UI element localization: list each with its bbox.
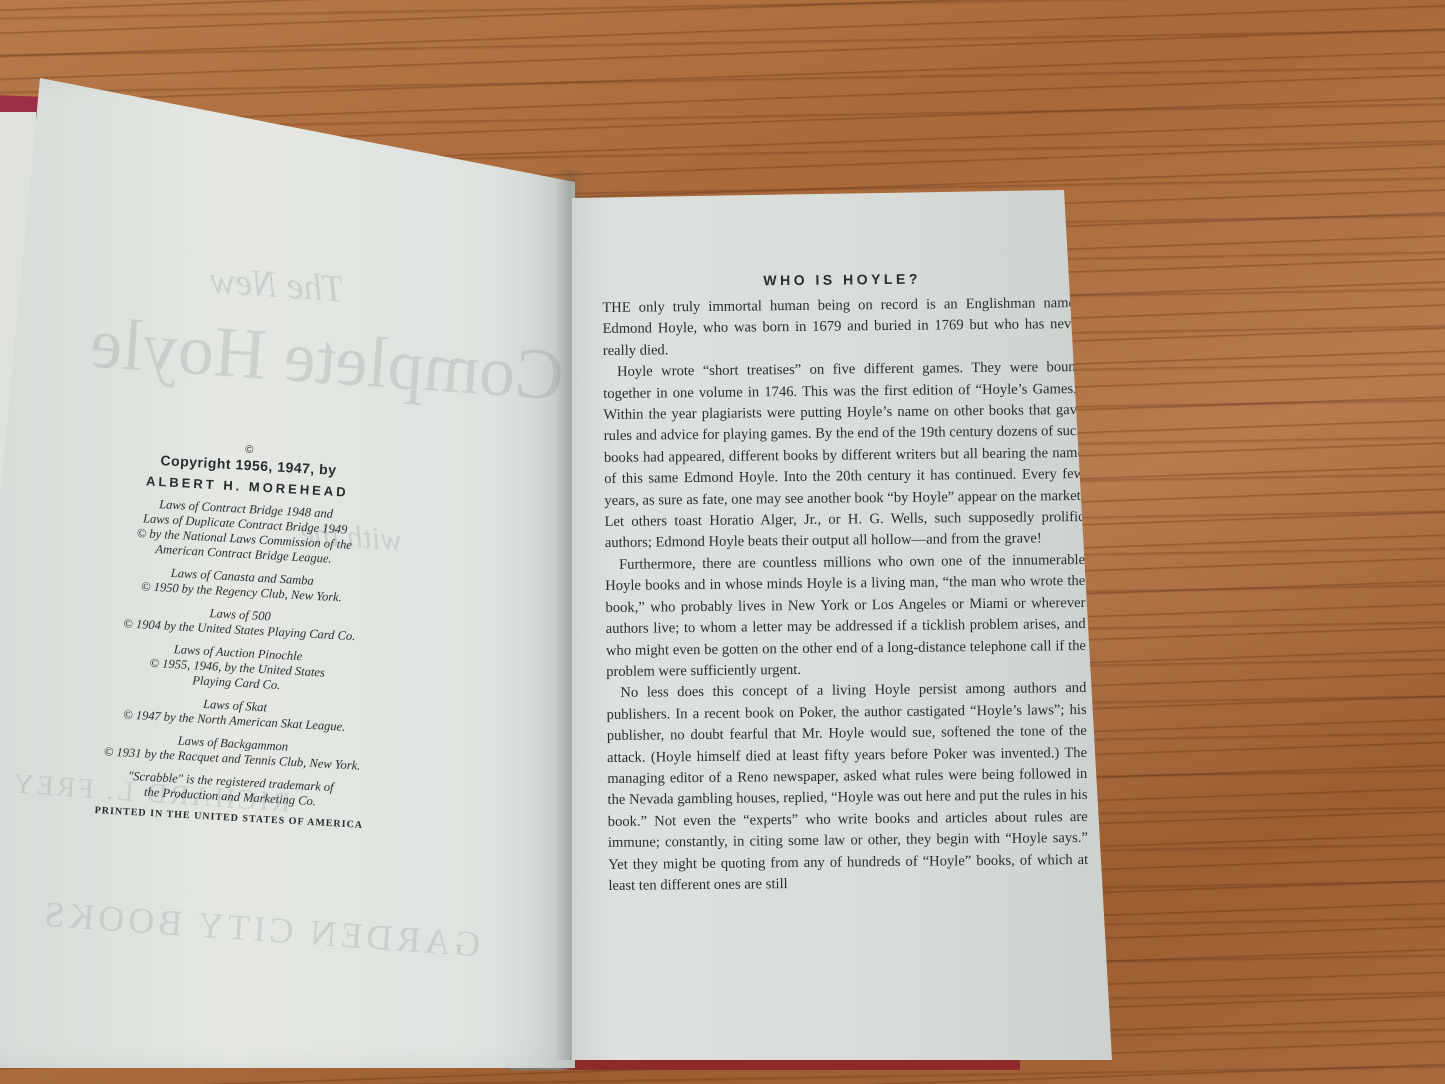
- paragraph-1: THE only truly immortal human being on r…: [602, 293, 1083, 362]
- showthrough-bottom: GARDEN CITY BOOKS: [39, 893, 482, 966]
- copyright-block: © Copyright 1956, 1947, by ALBERT H. MOR…: [49, 434, 430, 834]
- law-entry-bridge: Laws of Contract Bridge 1948 and Laws of…: [63, 492, 426, 572]
- left-page: The New Complete Hoyle with the RICHARD …: [0, 78, 575, 1068]
- chapter-content: WHO IS HOYLE? THE only truly immortal hu…: [602, 269, 1089, 897]
- showthrough-title-large: Complete Hoyle: [88, 302, 567, 418]
- right-page: WHO IS HOYLE? THE only truly immortal hu…: [572, 190, 1112, 1060]
- chapter-title: WHO IS HOYLE?: [602, 269, 1082, 290]
- showthrough-title-small: The New: [209, 258, 346, 311]
- paragraph-3: Furthermore, there are countless million…: [605, 550, 1086, 683]
- paragraph-4: No less does this concept of a living Ho…: [606, 678, 1088, 897]
- book-cover-edge-bottom: [510, 1060, 1020, 1070]
- paragraph-2: Hoyle wrote “short treatises” on five di…: [603, 357, 1085, 555]
